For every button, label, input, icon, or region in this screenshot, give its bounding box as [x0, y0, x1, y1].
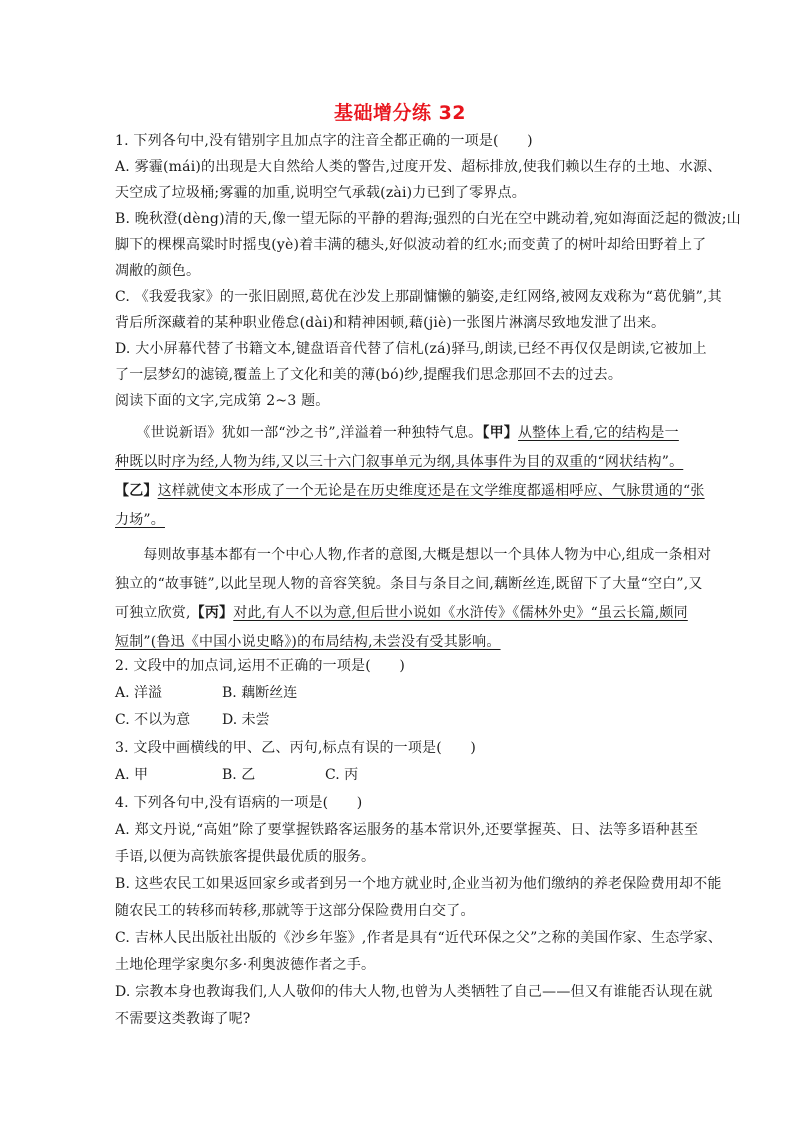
- q3-option-a: A. 甲: [115, 765, 148, 785]
- q1-option-c-line1: C. 《我爱我家》的一张旧剧照,葛优在沙发上那副慵懒的躺姿,走红网络,被网友戏称…: [115, 287, 722, 307]
- q3-option-c: C. 丙: [325, 765, 358, 785]
- passage-text: 可独立欣赏,: [115, 605, 191, 621]
- q2-option-a: A. 洋溢: [115, 683, 162, 703]
- q4-stem: 4. 下列各句中,没有语病的一项是( ): [115, 793, 362, 813]
- q1-stem: 1. 下列各句中,没有错别字且加点字的注音全都正确的一项是( ): [115, 131, 533, 151]
- passage-p1-line1: 《世说新语》犹如一部“沙之书”,洋溢着一种独特气息。【甲】从整体上看,它的结构是…: [115, 423, 679, 443]
- passage-p2-line2: 独立的“故事链”,以此呈现人物的音容笑貌。条目与条目之间,藕断丝连,既留下了大量…: [115, 574, 703, 594]
- q1-option-c-line2: 背后所深藏着的某种职业倦怠(dài)和精神困顿,藉(jiè)一张图片淋漓尽致地发…: [115, 313, 665, 333]
- passage-p1-line2: 种既以时序为经,人物为纬,又以三十六门叙事单元为纲,具体事件为目的双重的“网状结…: [115, 452, 683, 472]
- q2-option-c: C. 不以为意: [115, 710, 190, 730]
- q4-option-d-line2: 不需要这类教诲了呢?: [115, 1009, 251, 1029]
- q3-option-b: B. 乙: [222, 765, 255, 785]
- underlined-sentence-jia: 从整体上看,它的结构是一: [518, 425, 679, 441]
- passage-p2-line1: 每则故事基本都有一个中心人物,作者的意图,大概是想以一个具体人物为中心,组成一条…: [115, 545, 711, 565]
- q4-option-a-line2: 手语,以便为高铁旅客提供最优质的服务。: [115, 847, 375, 867]
- q4-option-c-line1: C. 吉林人民出版社出版的《沙乡年鉴》,作者是具有“近代环保之父”之称的美国作家…: [115, 928, 722, 948]
- q4-option-a-line1: A. 郑文丹说,“高姐”除了要掌握铁路客运服务的基本常识外,还要掌握英、日、法等…: [115, 820, 698, 840]
- passage-p1-line4: 力场”。: [115, 510, 165, 530]
- q4-option-c-line2: 土地伦理学家奥尔多·利奥波德作者之手。: [115, 955, 375, 975]
- passage-p2-line3: 可独立欣赏,【丙】对此,有人不以为意,但后世小说如《水浒传》《儒林外史》“虽云长…: [115, 603, 688, 623]
- passage-p1-line3: 【乙】这样就使文本形成了一个无论是在历史维度还是在文学维度都遥相呼应、气脉贯通的…: [115, 481, 705, 501]
- q1-option-b-line3: 凋敝的颜色。: [115, 261, 200, 281]
- q3-stem: 3. 文段中画横线的甲、乙、丙句,标点有误的一项是( ): [115, 738, 476, 758]
- q1-option-b-line1: B. 晚秋澄(dèng)清的天,像一望无际的平静的碧海;强烈的白光在空中跳动着,…: [115, 209, 741, 229]
- marker-jia: 【甲】: [482, 425, 518, 441]
- underlined-sentence-yi: 这样就使文本形成了一个无论是在历史维度还是在文学维度都遥相呼应、气脉贯通的“张: [158, 483, 705, 499]
- passage-text: 《世说新语》犹如一部“沙之书”,洋溢着一种独特气息。: [115, 425, 482, 441]
- marker-yi: 【乙】: [115, 483, 158, 499]
- underlined-sentence-jia-cont: 种既以时序为经,人物为纬,又以三十六门叙事单元为纲,具体事件为目的双重的“网状结…: [115, 454, 683, 470]
- q4-option-b-line1: B. 这些农民工如果返回家乡或者到另一个地方就业时,企业当初为他们缴纳的养老保险…: [115, 874, 722, 894]
- underlined-sentence-bing: 对此,有人不以为意,但后世小说如《水浒传》《儒林外史》“虽云长篇,颇同: [233, 605, 688, 621]
- passage-p2-line4: 短制”(鲁迅《中国小说史略》)的布局结构,未尝没有受其影响。: [115, 632, 501, 652]
- q1-option-a-line2: 天空成了垃圾桶;雾霾的加重,说明空气承载(zài)力已到了零界点。: [115, 183, 526, 203]
- q4-option-d-line1: D. 宗教本身也教诲我们,人人敬仰的伟大人物,也曾为人类牺牲了自己——但又有谁能…: [115, 982, 713, 1002]
- q2-option-b: B. 藕断丝连: [222, 683, 297, 703]
- page-title: 基础增分练 32: [115, 98, 685, 125]
- q1-option-d-line1: D. 大小屏幕代替了书籍文本,键盘语音代替了信札(zá)驿马,朗读,已经不再仅仅…: [115, 339, 707, 359]
- marker-bing: 【丙】: [191, 605, 234, 621]
- q4-option-b-line2: 随农民工的转移而转移,那就等于这部分保险费用白交了。: [115, 901, 475, 921]
- q2-option-d: D. 未尝: [222, 710, 270, 730]
- reading-instruction: 阅读下面的文字,完成第 2~3 题。: [115, 391, 330, 411]
- q2-stem: 2. 文段中的加点词,运用不正确的一项是( ): [115, 656, 405, 676]
- underlined-sentence-bing-cont: 短制”(鲁迅《中国小说史略》)的布局结构,未尝没有受其影响。: [115, 634, 501, 650]
- q1-option-d-line2: 了一层梦幻的滤镜,覆盖上了文化和美的薄(bó)纱,提醒我们思念那回不去的过去。: [115, 365, 622, 385]
- underlined-sentence-yi-cont: 力场”。: [115, 512, 165, 528]
- q1-option-a-line1: A. 雾霾(mái)的出现是大自然给人类的警告,过度开发、超标排放,使我们赖以生…: [115, 157, 722, 177]
- q1-option-b-line2: 脚下的棵棵高粱时时摇曳(yè)着丰满的穗头,好似波动着的红水;而变黄了的树叶却给…: [115, 235, 706, 255]
